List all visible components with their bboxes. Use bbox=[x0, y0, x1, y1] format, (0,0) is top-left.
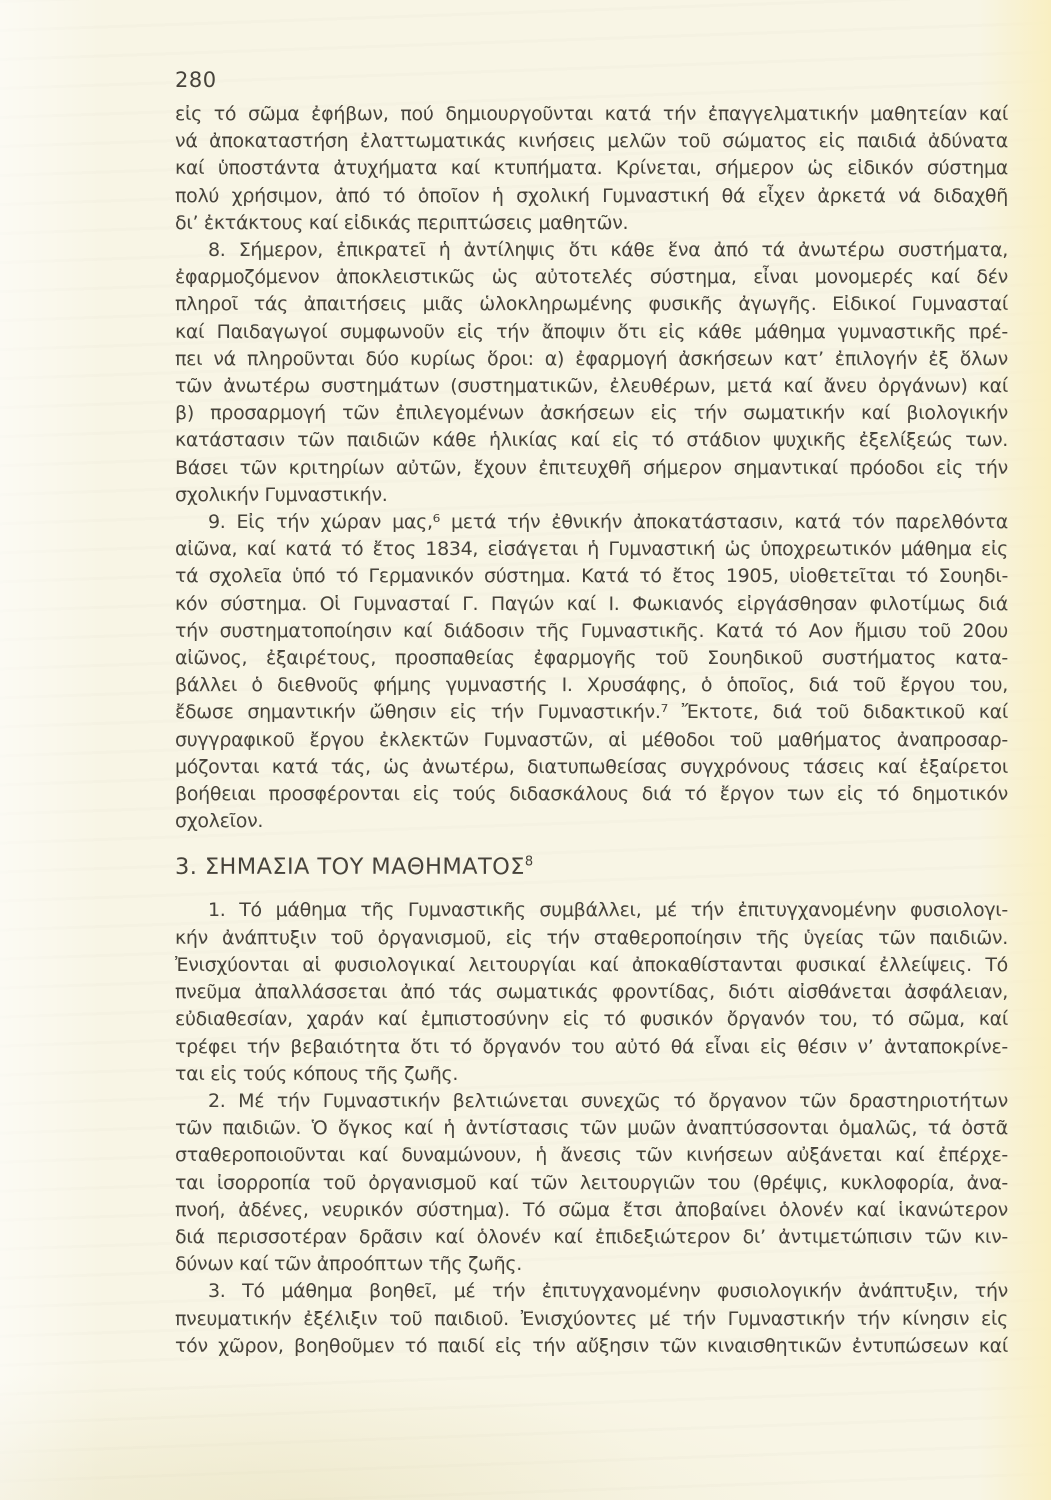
paragraph: εἰς τό σῶμα ἐφήβων, πού δημιουργοῦνται κ… bbox=[175, 101, 1008, 237]
text-line: κόν σύστημα. Οἱ Γυμνασταί Γ. Παγών καί Ι… bbox=[175, 591, 1008, 618]
text-line: Ἐνισχύονται αἱ φυσιολογικαί λειτουργίαι … bbox=[175, 952, 1008, 979]
text-line: 9. Εἰς τήν χώραν μας,⁶ μετά τήν ἐθνικήν … bbox=[175, 509, 1008, 536]
paragraph: 2. Μέ τήν Γυμναστικήν βελτιώνεται συνεχῶ… bbox=[175, 1088, 1008, 1278]
text-line: τῶν παιδιῶν. Ὁ ὄγκος καί ἡ ἀντίστασις τῶ… bbox=[175, 1115, 1008, 1142]
page-number: 280 bbox=[175, 68, 217, 92]
text-line: 1. Τό μάθημα τῆς Γυμναστικῆς συμβάλλει, … bbox=[175, 897, 1008, 924]
text-line: ἔδωσε σημαντικήν ὤθησιν εἰς τήν Γυμναστι… bbox=[175, 699, 1008, 726]
text-line: τήν συστηματοποίησιν καί διάδοσιν τῆς Γυ… bbox=[175, 618, 1008, 645]
text-line: πνεῦμα ἀπαλλάσσεται ἀπό τάς σωματικάς φρ… bbox=[175, 979, 1008, 1006]
text-line: αἰῶνος, ἐξαιρέτους, προσπαθείας ἐφαρμογῆ… bbox=[175, 645, 1008, 672]
section-heading: 3. ΣΗΜΑΣΙΑ ΤΟΥ ΜΑΘΗΜΑΤΟΣ8 bbox=[175, 852, 1008, 882]
page-body: εἰς τό σῶμα ἐφήβων, πού δημιουργοῦνται κ… bbox=[175, 101, 1008, 1360]
text-line: σχολεῖον. bbox=[175, 808, 1008, 835]
text-line: συγγραφικοῦ ἔργου ἐκλεκτῶν Γυμναστῶν, αἱ… bbox=[175, 727, 1008, 754]
text-line: σταθεροποιοῦνται καί δυναμώνουν, ἡ ἄνεσι… bbox=[175, 1142, 1008, 1169]
text-line: δύνων καί τῶν ἀπροόπτων τῆς ζωῆς. bbox=[175, 1251, 1008, 1278]
text-line: 3. Τό μάθημα βοηθεῖ, μέ τήν ἐπιτυγχανομέ… bbox=[175, 1278, 1008, 1305]
text-line: καί Παιδαγωγοί συμφωνοῦν εἰς τήν ἄποψιν … bbox=[175, 319, 1008, 346]
text-line: πνευματικήν ἐξέλιξιν τοῦ παιδιοῦ. Ἐνισχύ… bbox=[175, 1306, 1008, 1333]
text-line: καί ὑποστάντα ἀτυχήματα καί κτυπήματα. Κ… bbox=[175, 155, 1008, 182]
footnote-ref: 8 bbox=[525, 855, 533, 870]
text-line: τρέφει τήν βεβαιότητα ὅτι τό ὄργανόν του… bbox=[175, 1034, 1008, 1061]
text-line: διά περισσοτέραν δρᾶσιν καί ὁλονέν καί ἐ… bbox=[175, 1224, 1008, 1251]
text-line: νά ἀποκαταστήση ἐλαττωματικάς κινήσεις μ… bbox=[175, 128, 1008, 155]
text-line: μόζονται κατά τάς, ὡς ἀνωτέρω, διατυπωθε… bbox=[175, 754, 1008, 781]
text-line: ται εἰς τούς κόπους τῆς ζωῆς. bbox=[175, 1061, 1008, 1088]
text-line: εὐδιαθεσίαν, χαράν καί ἐμπιστοσύνην εἰς … bbox=[175, 1006, 1008, 1033]
section-heading-text: 3. ΣΗΜΑΣΙΑ ΤΟΥ ΜΑΘΗΜΑΤΟΣ bbox=[175, 854, 525, 880]
text-line: ἐφαρμοζόμενον ἀποκλειστικῶς ὡς αὐτοτελές… bbox=[175, 264, 1008, 291]
text-line: τά σχολεῖα ὑπό τό Γερμανικόν σύστημα. Κα… bbox=[175, 563, 1008, 590]
text-line: 2. Μέ τήν Γυμναστικήν βελτιώνεται συνεχῶ… bbox=[175, 1088, 1008, 1115]
text-line: πληροῖ τάς ἀπαιτήσεις μιᾶς ὡλοκληρωμένης… bbox=[175, 291, 1008, 318]
text-line: Βάσει τῶν κριτηρίων αὐτῶν, ἔχουν ἐπιτευχ… bbox=[175, 455, 1008, 482]
text-line: ται ἰσορροπία τοῦ ὀργανισμοῦ καί τῶν λει… bbox=[175, 1170, 1008, 1197]
text-line: πνοή, ἀδένες, νευρικόν σύστημα). Τό σῶμα… bbox=[175, 1197, 1008, 1224]
paragraph: 3. Τό μάθημα βοηθεῖ, μέ τήν ἐπιτυγχανομέ… bbox=[175, 1278, 1008, 1360]
paragraph: 9. Εἰς τήν χώραν μας,⁶ μετά τήν ἐθνικήν … bbox=[175, 509, 1008, 835]
text-line: κατάστασιν τῶν παιδιῶν κάθε ἡλικίας καί … bbox=[175, 427, 1008, 454]
text-line: εἰς τό σῶμα ἐφήβων, πού δημιουργοῦνται κ… bbox=[175, 101, 1008, 128]
text-line: β) προσαρμογή τῶν ἐπιλεγομένων ἀσκήσεων … bbox=[175, 400, 1008, 427]
paragraph: 8. Σήμερον, ἐπικρατεῖ ἡ ἀντίληψις ὅτι κά… bbox=[175, 237, 1008, 509]
text-line: σχολικήν Γυμναστικήν. bbox=[175, 482, 1008, 509]
text-line: 8. Σήμερον, ἐπικρατεῖ ἡ ἀντίληψις ὅτι κά… bbox=[175, 237, 1008, 264]
text-line: κήν ἀνάπτυξιν τοῦ ὀργανισμοῦ, εἰς τήν στ… bbox=[175, 925, 1008, 952]
text-line: πει νά πληροῦνται δύο κυρίως ὅροι: α) ἐφ… bbox=[175, 346, 1008, 373]
text-line: δι’ ἐκτάκτους καί εἰδικάς περιπτώσεις μα… bbox=[175, 210, 1008, 237]
text-line: βοήθειαι προσφέρονται εἰς τούς διδασκάλο… bbox=[175, 781, 1008, 808]
text-line: τῶν ἀνωτέρω συστημάτων (συστηματικῶν, ἐλ… bbox=[175, 373, 1008, 400]
text-line: πολύ χρήσιμον, ἀπό τό ὁποῖον ἡ σχολική Γ… bbox=[175, 183, 1008, 210]
text-line: βάλλει ὁ διεθνοῦς φήμης γυμναστής Ι. Χρυ… bbox=[175, 672, 1008, 699]
paragraph: 1. Τό μάθημα τῆς Γυμναστικῆς συμβάλλει, … bbox=[175, 897, 1008, 1087]
text-line: αἰῶνα, καί κατά τό ἔτος 1834, εἰσάγεται … bbox=[175, 536, 1008, 563]
scanned-page: 280 εἰς τό σῶμα ἐφήβων, πού δημιουργοῦντ… bbox=[0, 0, 1051, 1500]
text-line: τόν χῶρον, βοηθοῦμεν τό παιδί εἰς τήν αὔ… bbox=[175, 1333, 1008, 1360]
